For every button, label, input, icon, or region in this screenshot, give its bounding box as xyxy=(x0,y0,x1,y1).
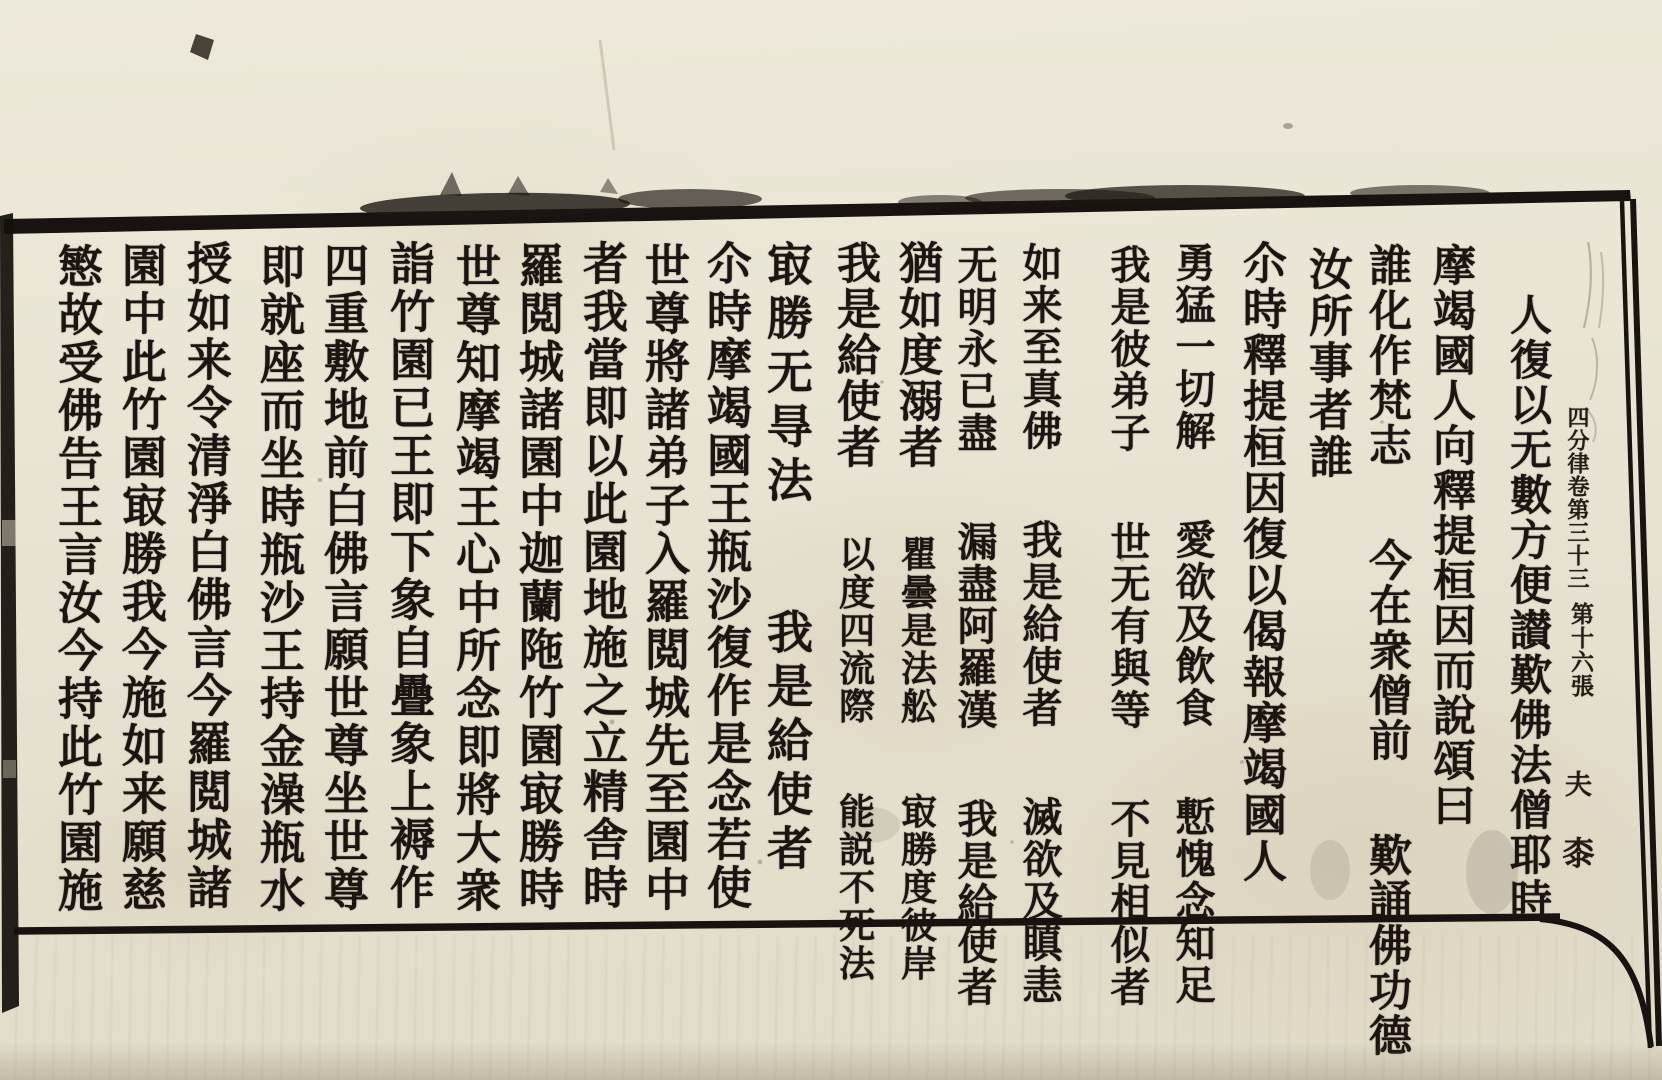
column-10-verse-with-inserted-lines: 猶如度溺者 瞿曇是法舩 㝡勝度彼岸 xyxy=(886,240,946,983)
column-22: 園中此竹園㝡勝我今施如来願慈 xyxy=(110,242,170,914)
ghost-print xyxy=(1310,840,1350,900)
verse-line: 我是給使者 xyxy=(951,798,998,1008)
inserted-small-verse-line: 㝡勝度彼岸 xyxy=(895,792,938,982)
frame-bottom-right-corner xyxy=(1540,919,1651,1047)
column-02: 摩竭國人向釋提桓因而說頌曰 xyxy=(1421,243,1481,828)
inserted-small-verse-line: 瞿曇是法舩 xyxy=(895,535,938,725)
column-03-verse: 誰化作梵志 今在衆僧前 歎誦佛功德 xyxy=(1357,243,1417,1058)
verse-line: 无明永已盡 xyxy=(951,244,998,454)
ink-tooth xyxy=(508,176,530,196)
ink-tooth xyxy=(600,178,618,194)
column-14: 世尊將諸弟子入羅閲城先至園中 xyxy=(633,242,693,914)
column-11-verse-with-inserted-lines: 我是給使者 以度四流際 能説不死法 xyxy=(824,240,884,983)
column-12-verse: 㝡勝无㝵法 我是給使者 xyxy=(757,240,817,878)
column-06-verse: 勇猛一切解 愛欲及飲食 慙愧念知足 xyxy=(1162,242,1222,1006)
ink-smudge xyxy=(618,189,762,209)
verse-line: 滅欲及瞋恚 xyxy=(1016,796,1063,1006)
verse-line: 我是給使者 xyxy=(1016,519,1063,729)
gutter-bar xyxy=(0,213,19,1013)
inserted-small-verse-line: 以度四流際 xyxy=(833,535,876,725)
verse-line: 不見相似者 xyxy=(1104,798,1151,1008)
verse-line: 猶如度溺者 xyxy=(891,240,942,470)
verse-line: 我是彼弟子 xyxy=(1104,244,1151,454)
column-23: 慜故受佛告王言汝今持此竹園施 xyxy=(46,243,106,915)
verse-line: 我是給使者 xyxy=(760,608,814,878)
speck xyxy=(1283,123,1293,129)
column-20: 即就座而坐時瓶沙王持金澡瓶水 xyxy=(248,243,308,915)
margin-scripture-title: 四分律卷第三十三 xyxy=(1562,406,1593,590)
verse-line: 㝡勝无㝵法 xyxy=(760,240,814,510)
verse-line: 今在衆僧前 xyxy=(1362,538,1412,763)
paper-crease xyxy=(600,40,614,150)
column-18: 詣竹園已王即下象自疊象上褥作 xyxy=(378,240,438,912)
verse-line: 勇猛一切解 xyxy=(1169,242,1216,452)
column-07-verse: 我是彼弟子 世无有與等 不見相似者 xyxy=(1097,244,1157,1008)
verse-line: 歎誦佛功德 xyxy=(1362,833,1412,1058)
column-04: 汝所事者誰 xyxy=(1296,246,1356,481)
margin-case-character: 夫 xyxy=(1556,770,1595,798)
column-19: 四重敷地前白佛言願世尊坐世尊 xyxy=(312,242,372,914)
column-16: 羅閲城諸園中迦蘭陁竹園㝡勝時 xyxy=(507,242,567,914)
verse-line: 誰化作梵志 xyxy=(1362,243,1412,468)
handwritten-mark xyxy=(1590,338,1597,400)
verse-line: 愛欲及飲食 xyxy=(1169,519,1216,729)
inserted-small-verse-line: 能説不死法 xyxy=(833,792,876,982)
ink-blot xyxy=(190,34,214,60)
verse-line: 如来至真佛 xyxy=(1016,242,1063,452)
column-08-verse: 如来至真佛 我是給使者 滅欲及瞋恚 xyxy=(1009,242,1069,1006)
verse-line: 慙愧念知足 xyxy=(1169,796,1216,1006)
column-15: 者我當即以此園地施之立精舎時 xyxy=(571,240,631,912)
ink-smudge xyxy=(1065,185,1305,207)
margin-carver-mark: 桼 xyxy=(1553,836,1600,870)
column-01: 人復以无數方便讃歎佛法僧耶時 xyxy=(1498,293,1558,923)
ink-tooth xyxy=(440,172,462,196)
column-17: 世尊知摩竭王心中所念即將大衆 xyxy=(444,243,504,915)
handwritten-mark xyxy=(1599,252,1603,328)
column-21: 授如来令清淨白佛言今羅閲城諸 xyxy=(175,240,235,912)
column-09-verse: 无明永已盡 漏盡阿羅漢 我是給使者 xyxy=(944,244,1004,1008)
verse-line: 世无有與等 xyxy=(1104,521,1151,731)
page-edge-shadow xyxy=(0,1042,1662,1080)
ink-smudge xyxy=(1350,185,1490,201)
column-05: 尒時釋提桓因復以偈報摩竭國人 xyxy=(1230,240,1290,884)
frame-bottom-border xyxy=(14,917,1560,931)
verse-line: 我是給使者 xyxy=(829,240,880,470)
verse-line: 漏盡阿羅漢 xyxy=(951,521,998,731)
gutter-gap xyxy=(2,520,16,546)
gutter-gap xyxy=(3,760,16,778)
column-13: 尒時摩竭國王瓶沙復作是念若使 xyxy=(695,240,755,912)
handwritten-mark xyxy=(1584,242,1591,328)
margin-sheet-number: 第十六張 xyxy=(1564,602,1597,698)
